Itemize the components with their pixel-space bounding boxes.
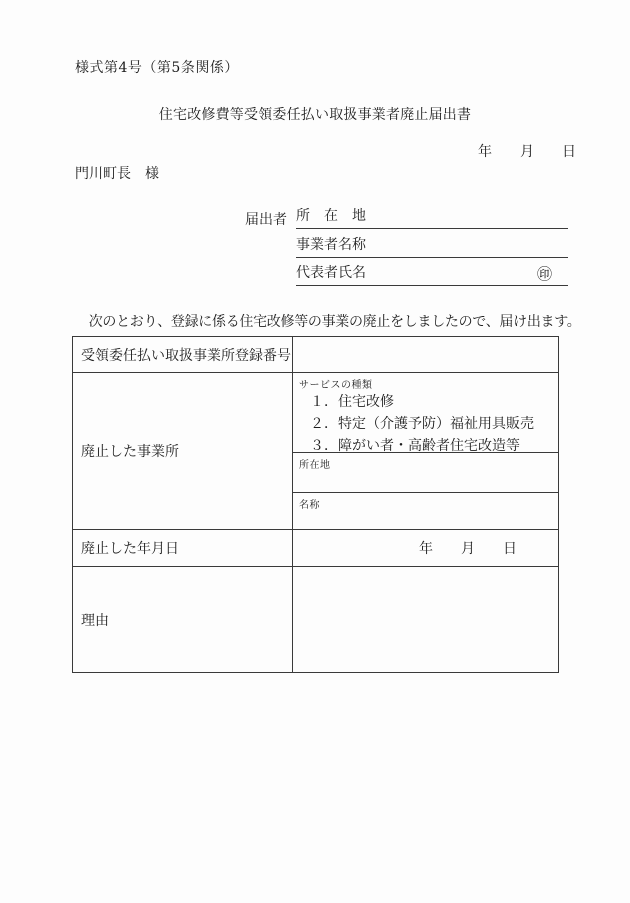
addressee-line: 門川町長 様 bbox=[75, 163, 159, 183]
office-name-cell: 名称 bbox=[293, 492, 558, 529]
office-address-label: 所在地 bbox=[299, 456, 554, 471]
declarer-label: 届出者 bbox=[245, 209, 287, 229]
registration-number-header: 受領委任払い取扱事業所登録番号 bbox=[73, 337, 293, 372]
notification-table: 受領委任払い取扱事業所登録番号 廃止した事業所 サービスの種類 １．住宅改修 ２… bbox=[72, 336, 559, 673]
table-row-registration-number: 受領委任払い取扱事業所登録番号 bbox=[73, 337, 558, 372]
office-name-label: 名称 bbox=[299, 496, 554, 511]
declarer-address-label: 所 在 地 bbox=[296, 205, 366, 225]
office-address-cell: 所在地 bbox=[293, 452, 558, 492]
table-row-abolished-office: 廃止した事業所 サービスの種類 １．住宅改修 ２．特定（介護予防）福祉用具販売 … bbox=[73, 372, 558, 529]
intro-text: 次のとおり、登録に係る住宅改修等の事業の廃止をしましたので、届け出ます。 bbox=[75, 311, 585, 331]
abolished-date-header: 廃止した年月日 bbox=[73, 530, 293, 566]
abolished-office-value-cell: サービスの種類 １．住宅改修 ２．特定（介護予防）福祉用具販売 ３．障がい者・高… bbox=[293, 373, 558, 529]
declarer-business-name-field: 事業者名称 bbox=[296, 229, 568, 258]
abolished-office-header: 廃止した事業所 bbox=[73, 373, 293, 529]
reason-value-cell bbox=[293, 567, 558, 672]
reason-header: 理由 bbox=[73, 567, 293, 672]
declarer-representative-field: 代表者氏名 ㊞ bbox=[296, 258, 568, 286]
form-number: 様式第4号（第5条関係） bbox=[75, 57, 239, 77]
inkan-seal-mark-icon: ㊞ bbox=[537, 267, 552, 282]
table-row-reason: 理由 bbox=[73, 566, 558, 672]
document-page: 様式第4号（第5条関係） 住宅改修費等受領委任払い取扱事業者廃止届出書 年 月 … bbox=[0, 0, 630, 903]
service-type-cell: サービスの種類 １．住宅改修 ２．特定（介護予防）福祉用具販売 ３．障がい者・高… bbox=[293, 373, 558, 452]
service-option-1: １．住宅改修 bbox=[299, 391, 554, 413]
submission-date-line: 年 月 日 bbox=[478, 141, 576, 161]
table-row-abolished-date: 廃止した年月日 年 月 日 bbox=[73, 529, 558, 566]
document-title: 住宅改修費等受領委任払い取扱事業者廃止届出書 bbox=[0, 104, 630, 124]
declarer-address-field: 所 在 地 bbox=[296, 200, 568, 229]
service-option-2: ２．特定（介護予防）福祉用具販売 bbox=[299, 413, 554, 435]
declarer-business-name-label: 事業者名称 bbox=[296, 234, 366, 254]
registration-number-value-cell bbox=[293, 337, 558, 372]
abolished-date-value-cell: 年 月 日 bbox=[293, 530, 558, 566]
declarer-representative-label: 代表者氏名 bbox=[296, 262, 366, 282]
service-type-label: サービスの種類 bbox=[299, 376, 554, 391]
